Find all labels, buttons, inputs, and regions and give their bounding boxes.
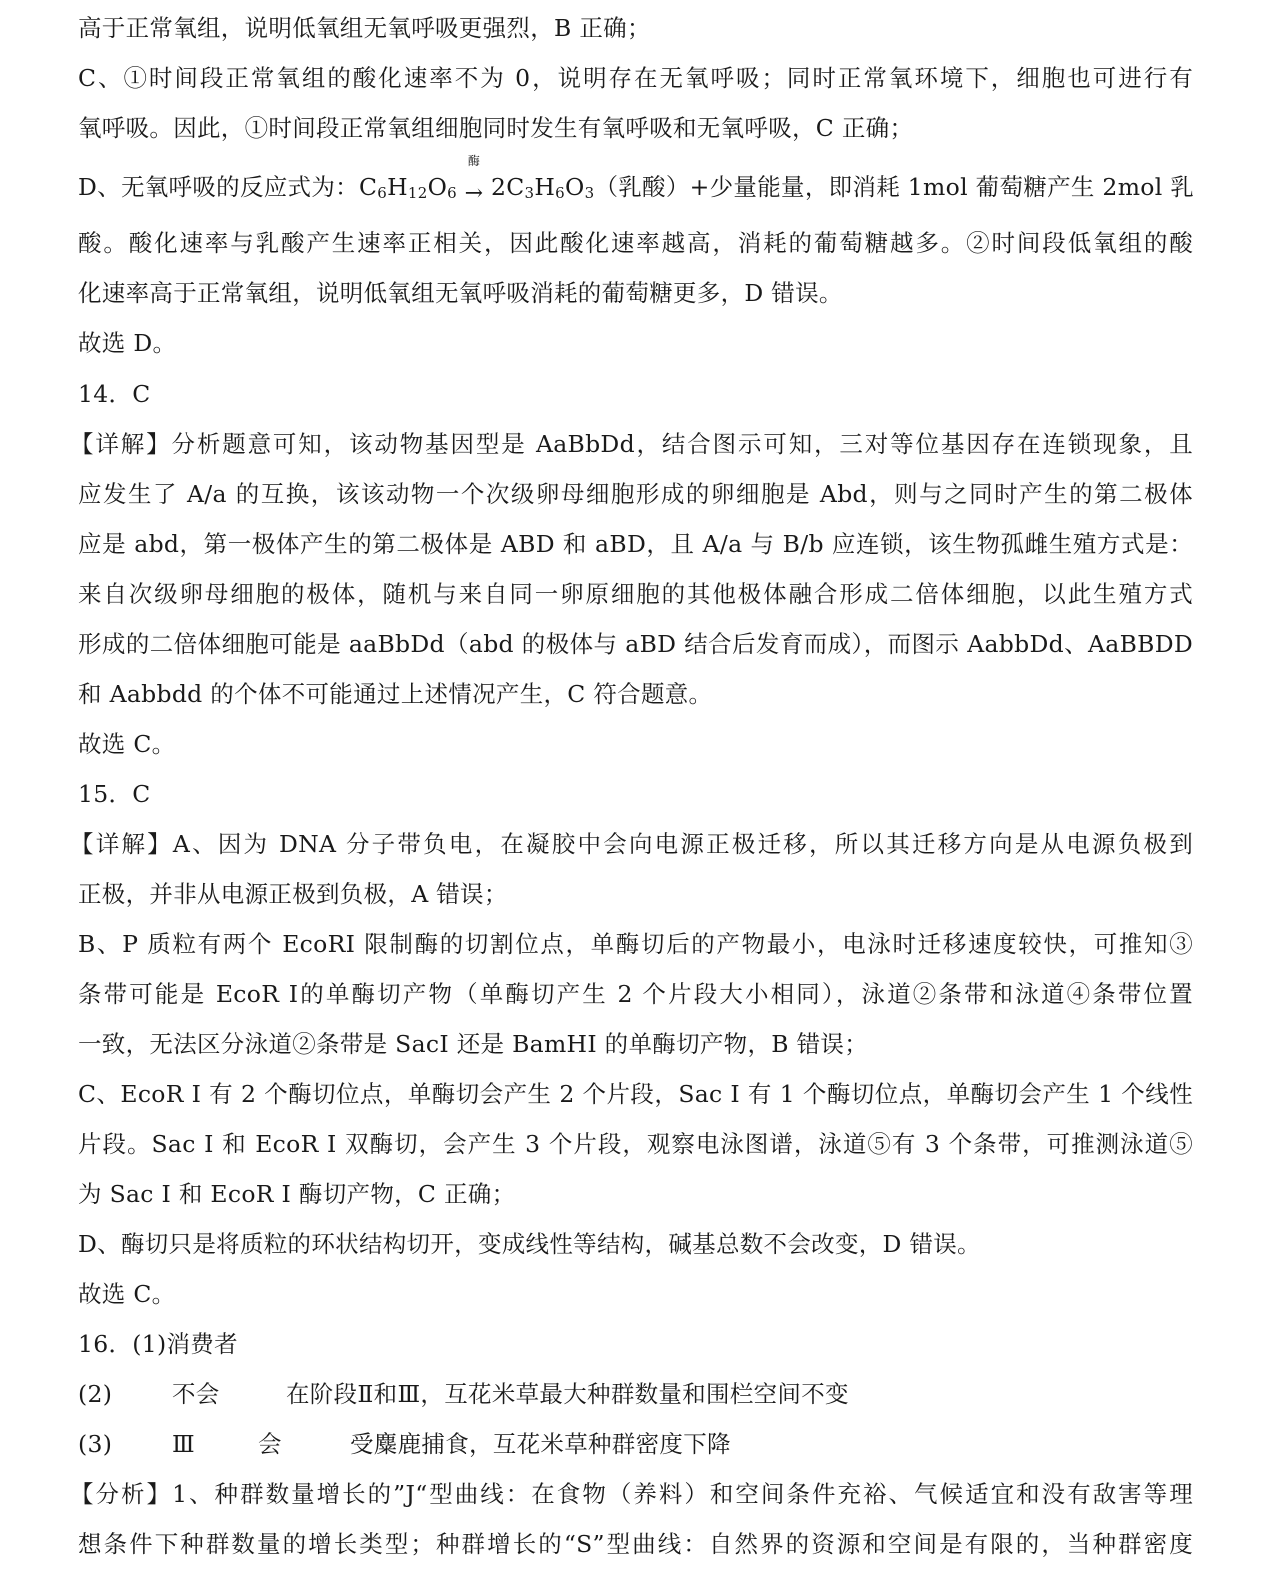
q14-line1: 【详解】分析题意可知，该动物基因型是 AaBbDd，结合图示可知，三对等位基因存… xyxy=(78,429,1193,459)
q14-line5: 形成的二倍体细胞可能是 aaBbDd（abd 的极体与 aBD 结合后发育而成）… xyxy=(78,629,1193,659)
formula-text: O xyxy=(428,173,448,201)
q16-analysis-line2: 想条件下种群数量的增长类型；种群增长的“S”型曲线：自然界的资源和空间是有限的，… xyxy=(78,1529,1193,1559)
formula-text: C xyxy=(359,173,377,201)
formula-text: H xyxy=(534,173,555,201)
enzyme-label: 酶 xyxy=(459,155,489,167)
q13-conclusion: 故选 D。 xyxy=(78,328,176,358)
arrow-icon: → xyxy=(465,179,484,209)
reaction-arrow: 酶→ xyxy=(459,172,489,204)
q13-option-c-line1: C、①时间段正常氧组的酸化速率不为 0，说明存在无氧呼吸；同时正常氧环境下，细胞… xyxy=(78,63,1193,93)
formula-text: 2 xyxy=(491,173,506,201)
q14-line1-text: 【详解】分析题意可知，该动物基因型是 AaBbDd，结合图示可知，三对等位基因存… xyxy=(70,430,1193,458)
q15-header: 15．C xyxy=(78,779,151,809)
q16-part3-number: (3) xyxy=(78,1429,172,1459)
q15-option-a-line2: 正极，并非从电源正极到负极，A 错误； xyxy=(78,879,508,909)
formula-text: C xyxy=(506,173,524,201)
q16-part3: (3)Ⅲ会受麋鹿捕食，互花米草种群密度下降 xyxy=(78,1429,731,1459)
q15-conclusion: 故选 C。 xyxy=(78,1279,175,1309)
q14-line4: 来自次级卵母细胞的极体，随机与来自同一卵原细胞的其他极体融合形成二倍体细胞，以此… xyxy=(78,579,1193,609)
formula-sub: 12 xyxy=(408,184,428,202)
q14-line2: 应发生了 A/a 的互换，该该动物一个次级卵母细胞形成的卵细胞是 Abd，则与之… xyxy=(78,479,1193,509)
q13-option-d-line3: 化速率高于正常氧组，说明低氧组无氧呼吸消耗的葡萄糖更多，D 错误。 xyxy=(78,278,843,308)
formula-sub: 6 xyxy=(447,184,457,202)
q15-option-c-line1: C、EcoR I 有 2 个酶切位点，单酶切会产生 2 个片段，Sac I 有 … xyxy=(78,1079,1193,1109)
q13-option-b-end: 高于正常氧组，说明低氧组无氧呼吸更强烈，B 正确； xyxy=(78,13,651,43)
formula-sub: 6 xyxy=(377,184,387,202)
q16-part3-answer2: 会 xyxy=(258,1429,350,1459)
q16-part2-number: (2) xyxy=(78,1379,172,1409)
q14-line3: 应是 abd，第一极体产生的第二极体是 ABD 和 aBD，且 A/a 与 B/… xyxy=(78,529,1193,559)
formula-sub: 3 xyxy=(585,184,595,202)
q15-option-b-line1: B、P 质粒有两个 EcoRI 限制酶的切割位点，单酶切后的产物最小，电泳时迁移… xyxy=(78,929,1193,959)
q16-part2: (2)不会在阶段Ⅱ和Ⅲ，互花米草最大种群数量和围栏空间不变 xyxy=(78,1379,849,1409)
q14-conclusion: 故选 C。 xyxy=(78,729,175,759)
q15-option-b-line3: 一致，无法区分泳道②条带是 SacI 还是 BamHI 的单酶切产物，B 错误； xyxy=(78,1029,868,1059)
formula-sub: 6 xyxy=(555,184,565,202)
q13-option-d-line2: 酸。酸化速率与乳酸产生速率正相关，因此酸化速率越高，消耗的葡萄糖越多。②时间段低… xyxy=(78,228,1193,258)
q16-analysis-text: 【分析】1、种群数量增长的”J“型曲线：在食物（养料）和空间条件充裕、气候适宜和… xyxy=(70,1480,1193,1508)
q13-option-d-suffix: （乳酸）+少量能量，即消耗 1mol 葡萄糖产生 2mol 乳 xyxy=(594,173,1194,201)
q14-header: 14．C xyxy=(78,379,151,409)
q13-option-d-line1: D、无氧呼吸的反应式为：C6H12O6酶→2C3H6O3（乳酸）+少量能量，即消… xyxy=(78,172,1194,202)
q14-line6: 和 Aabbdd 的个体不可能通过上述情况产生，C 符合题意。 xyxy=(78,679,712,709)
q16-part3-reason: 受麋鹿捕食，互花米草种群密度下降 xyxy=(350,1429,731,1459)
q15-option-a-text: 【详解】A、因为 DNA 分子带负电，在凝胶中会向电源正极迁移，所以其迁移方向是… xyxy=(70,830,1193,858)
q13-option-d-prefix: D、无氧呼吸的反应式为： xyxy=(78,173,359,201)
chemical-equation: C6H12O6酶→2C3H6O3 xyxy=(359,172,594,204)
q15-option-c-line2: 片段。Sac I 和 EcoR I 双酶切，会产生 3 个片段，观察电泳图谱，泳… xyxy=(78,1129,1193,1159)
q16-part2-reason: 在阶段Ⅱ和Ⅲ，互花米草最大种群数量和围栏空间不变 xyxy=(286,1379,849,1409)
q16-analysis-line1: 【分析】1、种群数量增长的”J“型曲线：在食物（养料）和空间条件充裕、气候适宜和… xyxy=(78,1479,1193,1509)
q15-option-b-line2: 条带可能是 EcoR Ⅰ的单酶切产物（单酶切产生 2 个片段大小相同），泳道②条… xyxy=(78,979,1193,1009)
formula-text: O xyxy=(565,173,585,201)
q15-option-d-line1: D、酶切只是将质粒的环状结构切开，变成线性等结构，碱基总数不会改变，D 错误。 xyxy=(78,1229,981,1259)
q15-option-c-line3: 为 Sac I 和 EcoR I 酶切产物，C 正确； xyxy=(78,1179,515,1209)
q16-part2-answer: 不会 xyxy=(172,1379,286,1409)
q15-option-a-line1: 【详解】A、因为 DNA 分子带负电，在凝胶中会向电源正极迁移，所以其迁移方向是… xyxy=(78,829,1193,859)
formula-sub: 3 xyxy=(525,184,535,202)
q16-part1: 16．(1)消费者 xyxy=(78,1329,238,1359)
q16-part3-answer1: Ⅲ xyxy=(172,1429,258,1459)
formula-text: H xyxy=(387,173,408,201)
q13-option-c-line2: 氧呼吸。因此，①时间段正常氧组细胞同时发生有氧呼吸和无氧呼吸，C 正确； xyxy=(78,113,913,143)
